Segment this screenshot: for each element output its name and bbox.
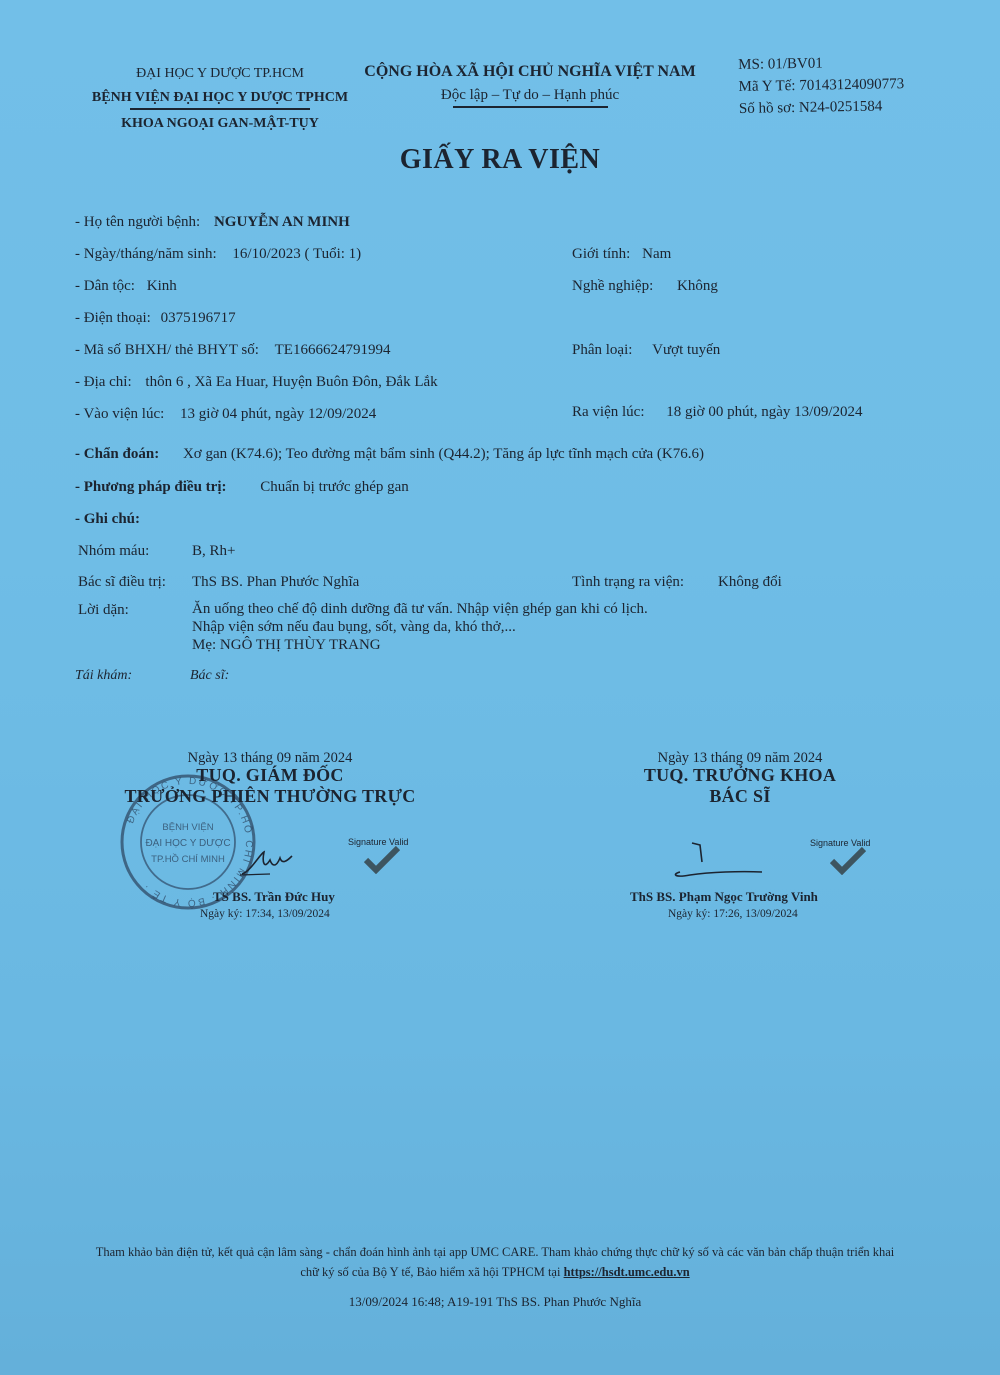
country-name: CỘNG HÒA XÃ HỘI CHỦ NGHĨA VIỆT NAM (340, 60, 720, 84)
discharge-paper: ĐẠI HỌC Y DƯỢC TP.HCM BỆNH VIỆN ĐẠI HỌC … (0, 0, 1000, 1375)
doctor-value: ThS BS. Phan Phước Nghĩa (192, 572, 359, 592)
phone-row: - Điện thoại: 0375196717 (75, 308, 236, 328)
admit-row: - Vào viện lúc: 13 giờ 04 phút, ngày 12/… (75, 404, 376, 424)
advice-line: Ăn uống theo chế độ dinh dưỡng đã tư vấn… (192, 600, 648, 618)
signature-block-right: Ngày 13 tháng 09 năm 2024 TUQ. TRƯỞNG KH… (590, 750, 890, 807)
address-label: - Địa chỉ: (75, 372, 132, 392)
status-label: Tình trạng ra viện: (572, 572, 684, 592)
gender-row: Giới tính: Nam (572, 244, 671, 264)
blood-value: B, Rh+ (192, 541, 235, 561)
ethnicity-label: - Dân tộc: (75, 276, 135, 296)
footer-line-2: chữ ký số của Bộ Y tế, Bảo hiểm xã hội T… (30, 1262, 960, 1282)
occupation-row: Nghề nghiệp: Không (572, 276, 718, 296)
patient-name-row: - Họ tên người bệnh: NGUYỄN AN MINH (75, 212, 350, 232)
treatment-value: Chuẩn bị trước ghép gan (260, 477, 409, 497)
patient-name-label: - Họ tên người bệnh: (75, 212, 200, 232)
signer-title-left-1: TUQ. GIÁM ĐỐC (100, 765, 440, 786)
treatment-row: - Phương pháp điều trị: Chuẩn bị trước g… (75, 477, 409, 497)
record-codes: MS: 01/BV01 Mã Y Tế: 70143124090773 Số h… (738, 51, 905, 120)
dob-value: 16/10/2023 ( Tuổi: 1) (232, 244, 361, 264)
phone-label: - Điện thoại: (75, 308, 151, 328)
checkmark-icon (830, 847, 866, 875)
advice-label: Lời dặn: (78, 600, 129, 620)
status-value: Không đổi (718, 572, 782, 592)
occupation-label: Nghề nghiệp: (572, 276, 653, 296)
svg-text:ĐẠI HỌC Y DƯỢC: ĐẠI HỌC Y DƯỢC (145, 838, 230, 849)
handwritten-signature-left (240, 848, 300, 878)
signed-time-right: Ngày ký: 17:26, 13/09/2024 (668, 908, 798, 920)
discharge-label: Ra viện lúc: (572, 402, 644, 422)
diagnosis-label: - Chẩn đoán: (75, 444, 159, 464)
health-code: Mã Y Tế: 70143124090773 (738, 73, 904, 98)
record-number: Số hồ sơ: N24-0251584 (739, 95, 905, 120)
advice-line: Nhập viện sớm nếu đau bụng, sốt, vàng da… (192, 618, 648, 636)
gender-label: Giới tính: (572, 244, 630, 264)
hospital-name: BỆNH VIỆN ĐẠI HỌC Y DƯỢC TPHCM (60, 86, 380, 110)
national-motto: Độc lập – Tự do – Hạnh phúc (340, 84, 720, 106)
ethnicity-row: - Dân tộc: Kinh (75, 276, 177, 296)
diagnosis-row: - Chẩn đoán: Xơ gan (K74.6); Teo đường m… (75, 444, 704, 464)
handwritten-signature-right (670, 840, 770, 880)
followup-doctor-label: Bác sĩ: (190, 666, 229, 686)
discharge-value: 18 giờ 00 phút, ngày 13/09/2024 (666, 402, 862, 422)
blood-label: Nhóm máu: (78, 541, 149, 561)
ethnicity-value: Kinh (147, 276, 177, 296)
admit-label: - Vào viện lúc: (75, 404, 164, 424)
diagnosis-value: Xơ gan (K74.6); Teo đường mật bẩm sinh (… (183, 444, 704, 464)
svg-text:TP.HỒ CHÍ MINH: TP.HỒ CHÍ MINH (151, 853, 225, 865)
signer-title-left-2: TRƯỞNG PHIÊN THƯỜNG TRỰC (100, 786, 440, 807)
verification-link[interactable]: https://hsdt.umc.edu.vn (564, 1265, 690, 1279)
treatment-label: - Phương pháp điều trị: (75, 477, 227, 497)
gender-value: Nam (642, 244, 671, 264)
insurance-value: TE1666624791994 (275, 340, 391, 360)
doctor-label: Bác sĩ điều trị: (78, 572, 166, 592)
dob-row: - Ngày/tháng/năm sinh: 16/10/2023 ( Tuổi… (75, 244, 361, 264)
discharge-row: Ra viện lúc: 18 giờ 00 phút, ngày 13/09/… (572, 402, 863, 422)
signer-title-right-1: TUQ. TRƯỞNG KHOA (590, 765, 890, 786)
footer-print-info: 13/09/2024 16:48; A19-191 ThS BS. Phan P… (30, 1292, 960, 1312)
phone-value: 0375196717 (161, 308, 236, 328)
address-row: - Địa chỉ: thôn 6 , Xã Ea Huar, Huyện Bu… (75, 372, 438, 392)
advice-line: Mẹ: NGÔ THỊ THÙY TRANG (192, 636, 648, 654)
motto-underline (453, 106, 608, 108)
followup-label: Tái khám: (75, 666, 132, 686)
footer-note: Tham khảo bản điện tử, kết quả cận lâm s… (30, 1242, 960, 1282)
category-row: Phân loại: Vượt tuyến (572, 340, 720, 360)
document-title: GIẤY RA VIỆN (0, 144, 1000, 176)
signer-name-left: TS BS. Trần Đức Huy (213, 889, 335, 905)
dob-label: - Ngày/tháng/năm sinh: (75, 244, 217, 264)
signed-time-left: Ngày ký: 17:34, 13/09/2024 (200, 908, 330, 920)
footer-line-1: Tham khảo bản điện tử, kết quả cận lâm s… (30, 1242, 960, 1262)
svg-text:BỆNH VIỆN: BỆNH VIỆN (162, 822, 213, 833)
footer-line-2-text: chữ ký số của Bộ Y tế, Bảo hiểm xã hội T… (300, 1265, 560, 1279)
checkmark-icon (364, 846, 400, 874)
admit-value: 13 giờ 04 phút, ngày 12/09/2024 (180, 404, 376, 424)
signature-block-left: Ngày 13 tháng 09 năm 2024 TUQ. GIÁM ĐỐC … (100, 750, 440, 807)
university-name: ĐẠI HỌC Y DƯỢC TP.HCM (60, 62, 380, 86)
category-value: Vượt tuyến (652, 340, 720, 360)
notes-label: - Ghi chú: (75, 509, 140, 529)
signer-title-right-2: BÁC SĨ (590, 786, 890, 807)
department-name: KHOA NGOẠI GAN-MẬT-TỤY (60, 112, 380, 136)
patient-name: NGUYỄN AN MINH (214, 212, 350, 232)
signer-name-right: ThS BS. Phạm Ngọc Trường Vinh (630, 889, 818, 905)
form-code: MS: 01/BV01 (738, 51, 904, 76)
hospital-header: ĐẠI HỌC Y DƯỢC TP.HCM BỆNH VIỆN ĐẠI HỌC … (60, 62, 380, 136)
occupation-value: Không (677, 276, 718, 296)
insurance-label: - Mã số BHXH/ thẻ BHYT số: (75, 340, 259, 360)
address-value: thôn 6 , Xã Ea Huar, Huyện Buôn Đôn, Đắk… (145, 372, 437, 392)
category-label: Phân loại: (572, 340, 632, 360)
insurance-row: - Mã số BHXH/ thẻ BHYT số: TE16666247919… (75, 340, 390, 360)
advice-text: Ăn uống theo chế độ dinh dưỡng đã tư vấn… (192, 600, 648, 654)
national-header: CỘNG HÒA XÃ HỘI CHỦ NGHĨA VIỆT NAM Độc l… (340, 60, 720, 108)
